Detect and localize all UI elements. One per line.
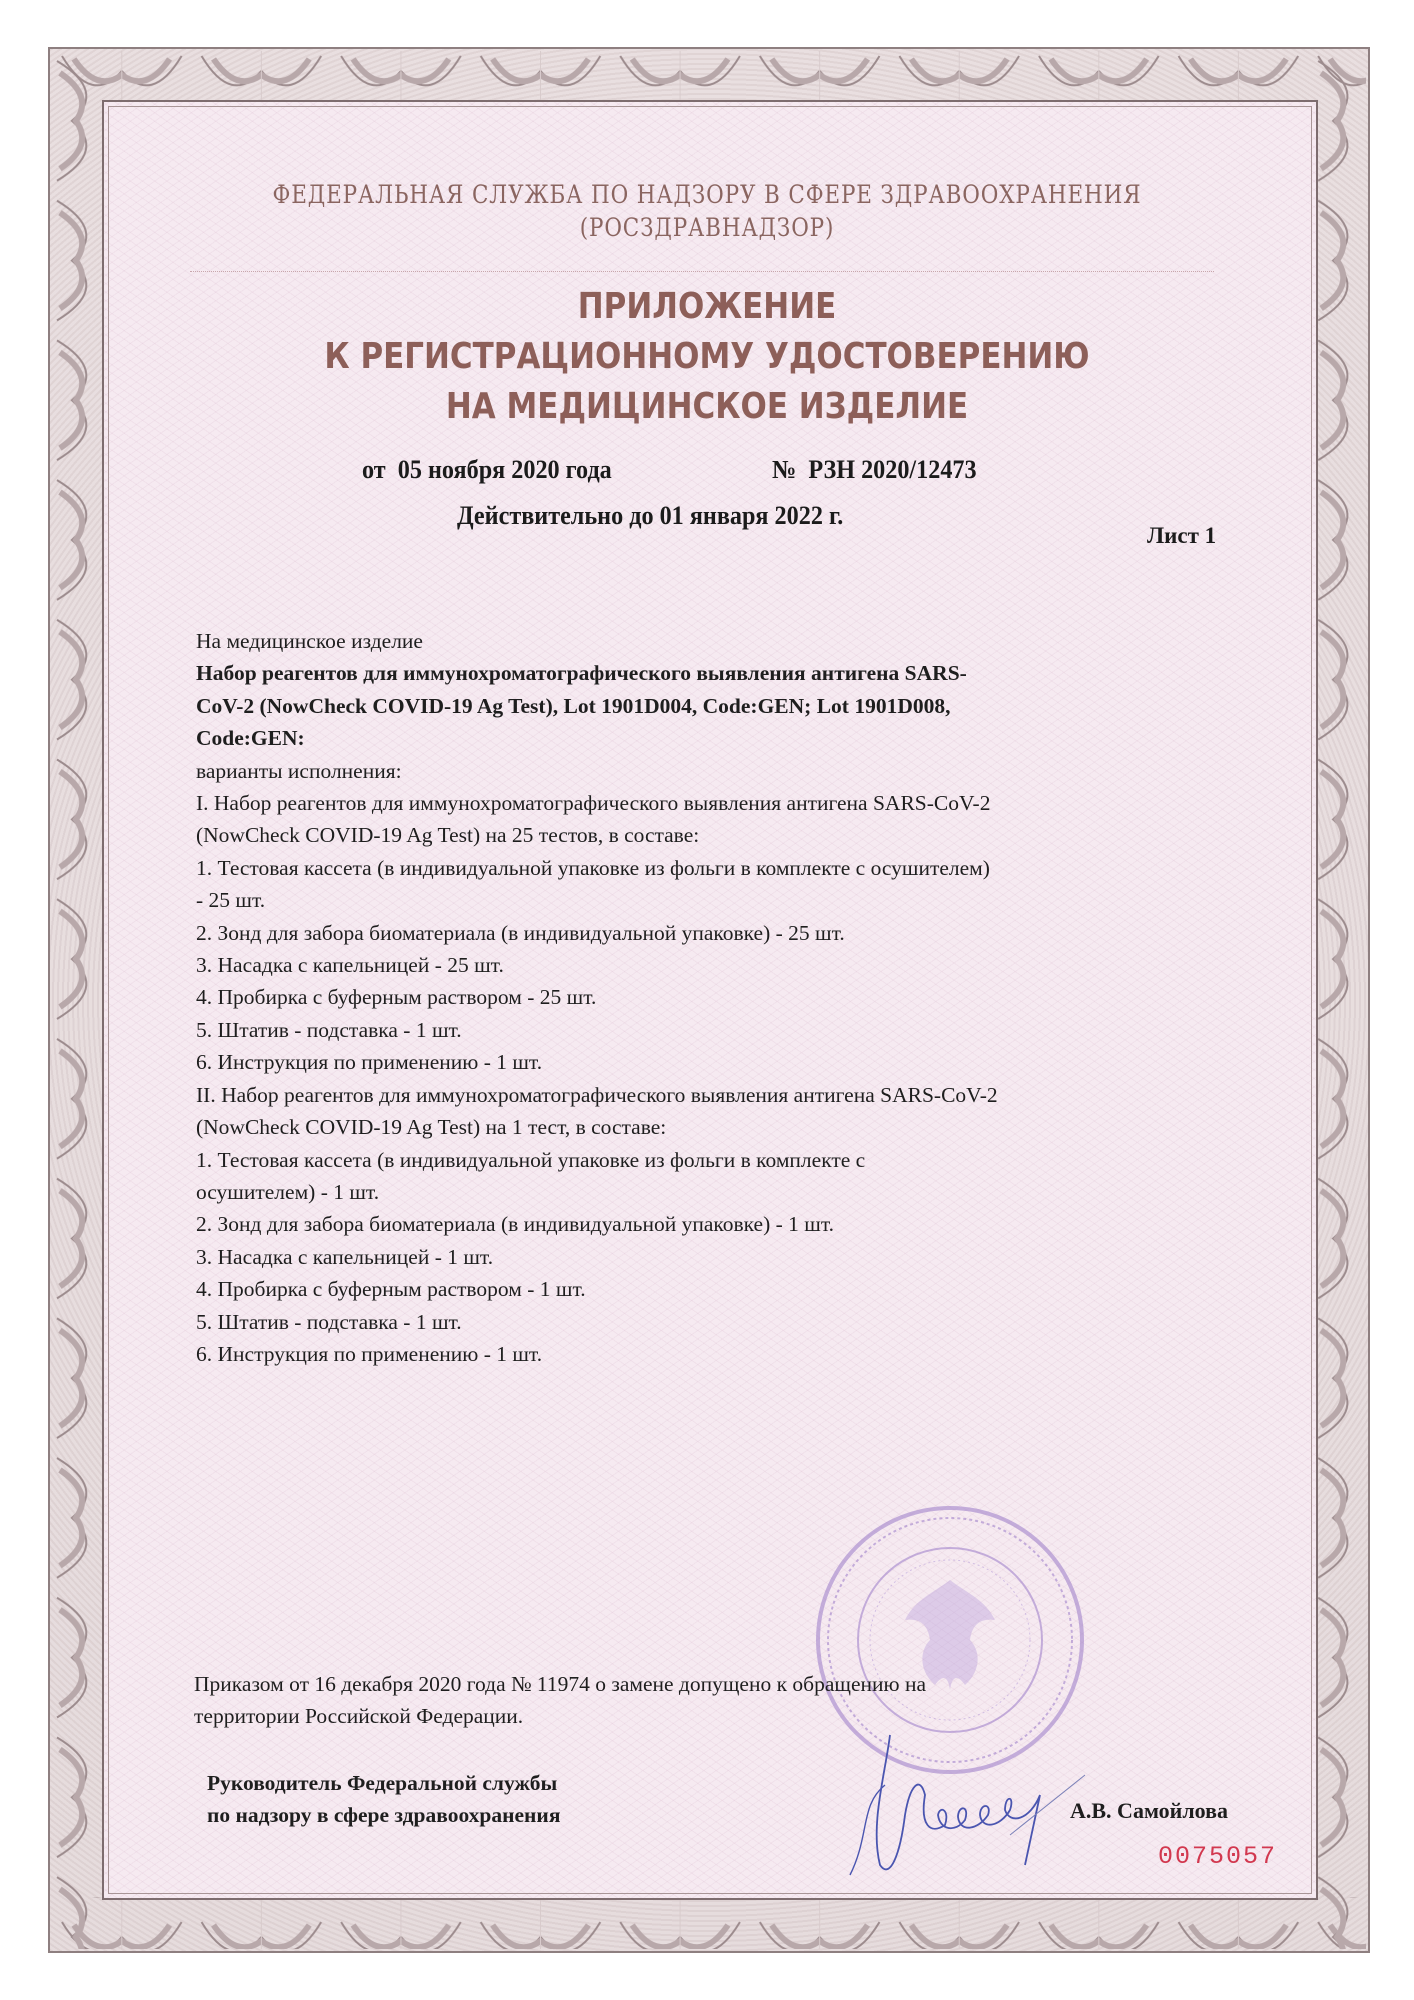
variant-2-heading: II. Набор реагентов для иммунохроматогра… [196,1079,1276,1111]
variant-1-heading: (NowCheck COVID-19 Ag Test) на 25 тестов… [196,819,1276,851]
product-name-line: CoV-2 (NowCheck COVID-19 Ag Test), Lot 1… [196,690,1276,722]
list-item: 5. Штатив - подставка - 1 шт. [196,1306,1276,1338]
registration-number: № РЗН 2020/12473 [772,455,977,485]
variant-1-heading: I. Набор реагентов для иммунохроматограф… [196,787,1276,819]
serial-number: 0075057 [1158,1842,1277,1871]
list-item: 5. Штатив - подставка - 1 шт. [196,1014,1276,1046]
valid-until: Действительно до 01 января 2022 г. [457,501,843,531]
product-name-line: Code:GEN: [196,722,1276,754]
intro-text: На медицинское изделие [196,625,1276,657]
list-item: 2. Зонд для забора биоматериала (в индив… [196,1208,1276,1240]
agency-abbreviation: (РОСЗДРАВНАДЗОР) [99,211,1315,244]
signer-title-line-1: Руководитель Федеральной службы [207,1767,560,1799]
list-item: 4. Пробирка с буферным раствором - 1 шт. [196,1273,1276,1305]
document-body: На медицинское изделие Набор реагентов д… [196,625,1276,1370]
list-item: 1. Тестовая кассета (в индивидуальной уп… [196,852,1276,884]
title-line-2: К РЕГИСТРАЦИОННОМУ УДОСТОВЕРЕНИЮ [99,332,1315,382]
issue-date: от 05 ноября 2020 года [362,455,612,485]
list-item: 4. Пробирка с буферным раствором - 25 шт… [196,981,1276,1013]
header-divider [190,271,1214,272]
product-name-line: Набор реагентов для иммунохроматографиче… [196,657,1276,689]
title-line-3: НА МЕДИЦИНСКОЕ ИЗДЕЛИЕ [99,382,1315,432]
list-item: 6. Инструкция по применению - 1 шт. [196,1046,1276,1078]
signer-title: Руководитель Федеральной службы по надзо… [207,1767,560,1831]
list-item: осушителем) - 1 шт. [196,1176,1276,1208]
signature-icon [830,1715,1090,1885]
signer-title-line-2: по надзору в сфере здравоохранения [207,1799,560,1831]
list-item: 2. Зонд для забора биоматериала (в индив… [196,917,1276,949]
variants-label: варианты исполнения: [196,755,1276,787]
list-item: 6. Инструкция по применению - 1 шт. [196,1338,1276,1370]
title-line-1: ПРИЛОЖЕНИЕ [99,282,1315,332]
list-item: 3. Насадка с капельницей - 1 шт. [196,1241,1276,1273]
order-statement: Приказом от 16 декабря 2020 года № 11974… [194,1668,926,1732]
variant-2-heading: (NowCheck COVID-19 Ag Test) на 1 тест, в… [196,1111,1276,1143]
list-item: - 25 шт. [196,884,1276,916]
document-title: ПРИЛОЖЕНИЕ К РЕГИСТРАЦИОННОМУ УДОСТОВЕРЕ… [99,282,1315,432]
list-item: 3. Насадка с капельницей - 25 шт. [196,949,1276,981]
agency-header: ФЕДЕРАЛЬНАЯ СЛУЖБА ПО НАДЗОРУ В СФЕРЕ ЗД… [99,178,1315,244]
signer-name: А.В. Самойлова [1070,1798,1228,1824]
order-line-1: Приказом от 16 декабря 2020 года № 11974… [194,1668,926,1700]
agency-name: ФЕДЕРАЛЬНАЯ СЛУЖБА ПО НАДЗОРУ В СФЕРЕ ЗД… [99,178,1315,211]
order-line-2: территории Российской Федерации. [194,1700,926,1732]
list-item: 1. Тестовая кассета (в индивидуальной уп… [196,1144,1276,1176]
sheet-number: Лист 1 [1147,523,1216,549]
